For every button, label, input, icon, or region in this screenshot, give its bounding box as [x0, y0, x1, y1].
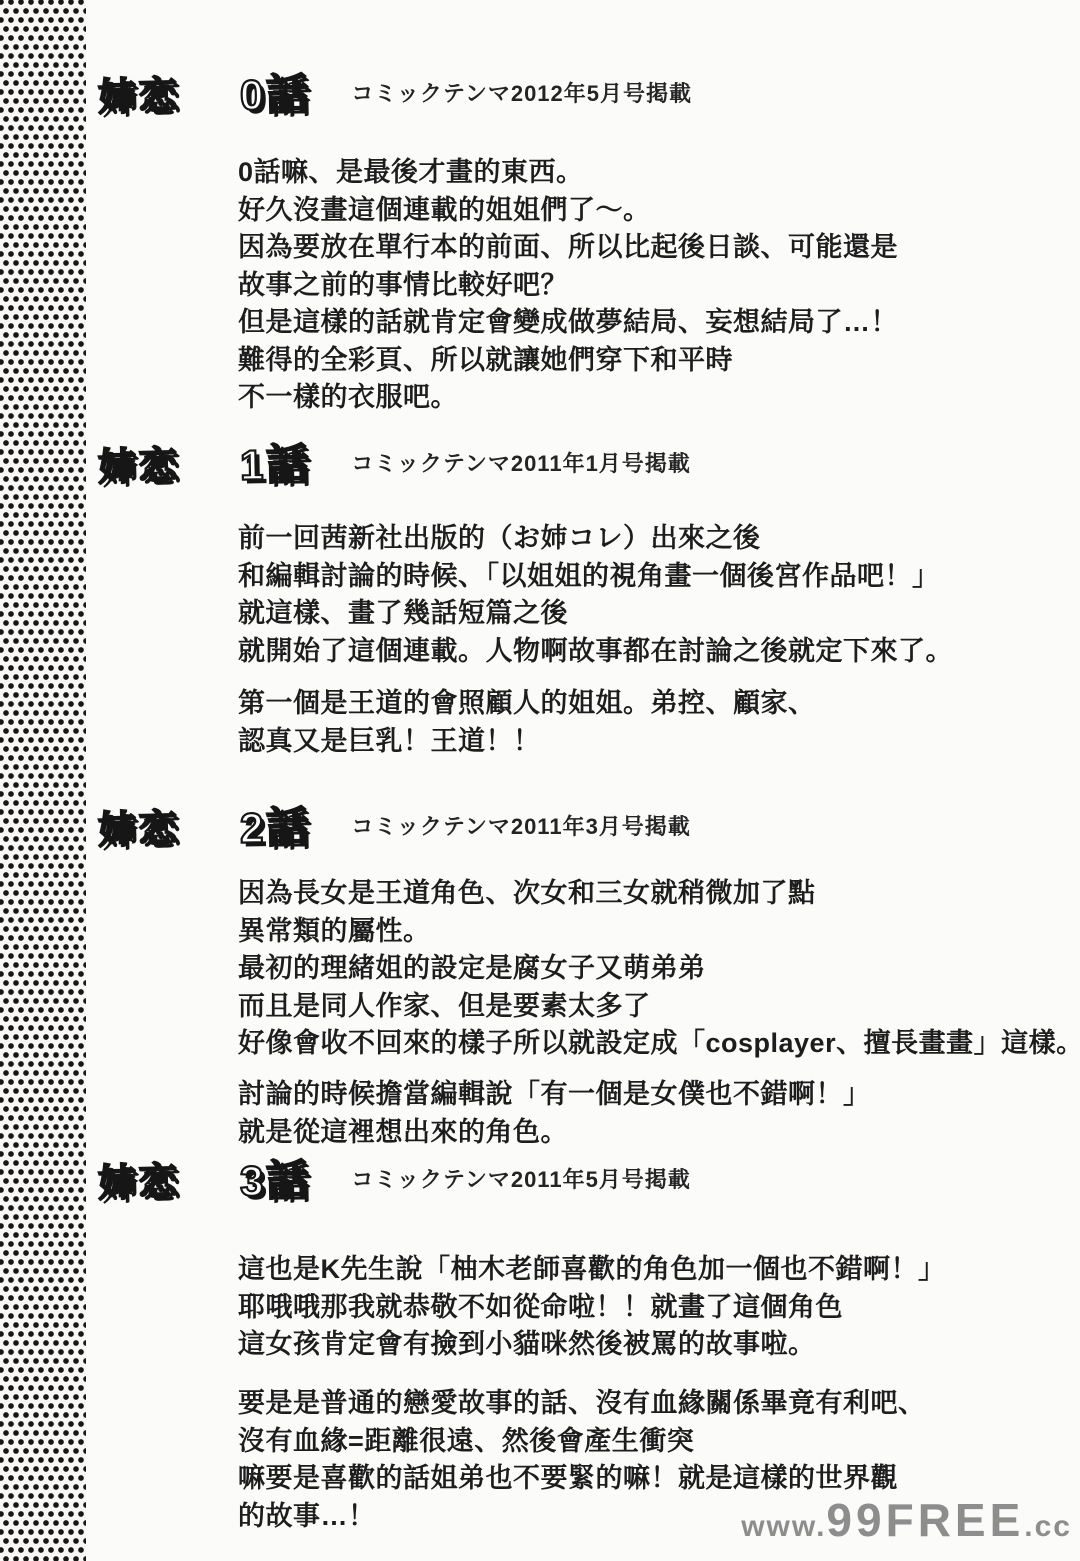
- publication-note: コミックテンマ2011年3月号掲載: [351, 810, 690, 841]
- series-logo: 姉恋: [97, 1149, 180, 1206]
- commentary-paragraph: 討論的時候擔當編輯說「有一個是女僕也不錯啊！」 就是從這裡想出來的角色。: [238, 1076, 871, 1151]
- text-line: 和編輯討論的時候、「以姐姐的視角畫一個後宮作品吧！」: [238, 558, 953, 596]
- text-line: 就是從這裡想出來的角色。: [238, 1114, 871, 1152]
- text-line: 要是是普通的戀愛故事的話、沒有血緣關係畢竟有利吧、: [238, 1385, 926, 1423]
- chapter-number: 2話: [239, 794, 311, 855]
- text-line: 故事之前的事情比較好吧？: [238, 267, 898, 305]
- watermark-part: .cc: [1024, 1510, 1072, 1544]
- text-line: 好久沒畫這個連載的姐姐們了～。: [238, 192, 898, 230]
- scan-page: 姉恋 0話 コミックテンマ2012年5月号掲載 0話嘛、是最後才畫的東西。 好久…: [0, 0, 1080, 1561]
- text-line: 討論的時候擔當編輯說「有一個是女僕也不錯啊！」: [238, 1076, 871, 1114]
- text-line: 好像會收不回來的樣子所以就設定成「cosplayer、擅長畫畫」這樣。: [238, 1025, 1080, 1063]
- chapter-header: 姉恋 1話 コミックテンマ2011年1月号掲載: [98, 434, 691, 490]
- chapter-header: 姉恋 2話 コミックテンマ2011年3月号掲載: [98, 797, 691, 853]
- halftone-border: [0, 0, 86, 1561]
- text-line: 前一回茜新社出版的（お姉コレ）出來之後: [238, 520, 953, 558]
- text-line: 因為要放在單行本的前面、所以比起後日談、可能還是: [238, 229, 898, 267]
- publication-note: コミックテンマ2011年1月号掲載: [351, 447, 690, 478]
- text-line: 因為長女是王道角色、次女和三女就稍微加了點: [238, 875, 1080, 913]
- commentary-paragraph: 這也是K先生說「柚木老師喜歡的角色加一個也不錯啊！」 耶哦哦那我就恭敬不如從命啦…: [238, 1251, 946, 1364]
- commentary-paragraph: 因為長女是王道角色、次女和三女就稍微加了點 異常類的屬性。 最初的理緒姐的設定是…: [238, 875, 1080, 1063]
- series-logo: 姉恋: [97, 433, 180, 490]
- text-line: 最初的理緒姐的設定是腐女子又萌弟弟: [238, 950, 1080, 988]
- text-line: 就這樣、畫了幾話短篇之後: [238, 595, 953, 633]
- commentary-paragraph: 前一回茜新社出版的（お姉コレ）出來之後 和編輯討論的時候、「以姐姐的視角畫一個後…: [238, 520, 953, 670]
- text-line: 第一個是王道的會照顧人的姐姐。弟控、顧家、: [238, 685, 816, 723]
- chapter-number: 1話: [239, 431, 311, 492]
- text-line: 0話嘛、是最後才畫的東西。: [238, 154, 898, 192]
- text-line: 異常類的屬性。: [238, 913, 1080, 951]
- commentary-paragraph: 第一個是王道的會照顧人的姐姐。弟控、顧家、 認真又是巨乳！王道！！: [238, 685, 816, 760]
- text-line: 這女孩肯定會有撿到小貓咪然後被罵的故事啦。: [238, 1326, 946, 1364]
- publication-note: コミックテンマ2011年5月号掲載: [351, 1163, 690, 1194]
- text-line: 這也是K先生說「柚木老師喜歡的角色加一個也不錯啊！」: [238, 1251, 946, 1289]
- watermark-part: 99: [826, 1493, 885, 1547]
- watermark: www. 99 FREE .cc: [741, 1493, 1072, 1547]
- text-line: 難得的全彩頁、所以就讓她們穿下和平時: [238, 342, 898, 380]
- chapter-number: 3話: [239, 1147, 311, 1208]
- text-line: 但是這樣的話就肯定會變成做夢結局、妄想結局了…！: [238, 304, 898, 342]
- series-logo: 姉恋: [97, 63, 180, 120]
- series-logo: 姉恋: [97, 796, 180, 853]
- text-line: 不一樣的衣服吧。: [238, 379, 898, 417]
- text-line: 耶哦哦那我就恭敬不如從命啦！！就畫了這個角色: [238, 1289, 946, 1327]
- publication-note: コミックテンマ2012年5月号掲載: [351, 77, 692, 108]
- chapter-header: 姉恋 3話 コミックテンマ2011年5月号掲載: [98, 1150, 691, 1206]
- text-line: 而且是同人作家、但是要素太多了: [238, 988, 1080, 1026]
- chapter-header: 姉恋 0話 コミックテンマ2012年5月号掲載: [98, 64, 692, 120]
- text-line: 嘛要是喜歡的話姐弟也不要緊的嘛！就是這樣的世界觀: [238, 1460, 926, 1498]
- text-line: 沒有血緣=距離很遠、然後會產生衝突: [238, 1423, 926, 1461]
- watermark-part: www.: [741, 1510, 826, 1544]
- text-line: 就開始了這個連載。人物啊故事都在討論之後就定下來了。: [238, 633, 953, 671]
- chapter-number: 0話: [239, 61, 311, 122]
- watermark-part: FREE: [886, 1493, 1025, 1547]
- text-line: 認真又是巨乳！王道！！: [238, 723, 816, 761]
- commentary-paragraph: 0話嘛、是最後才畫的東西。 好久沒畫這個連載的姐姐們了～。 因為要放在單行本的前…: [238, 154, 898, 417]
